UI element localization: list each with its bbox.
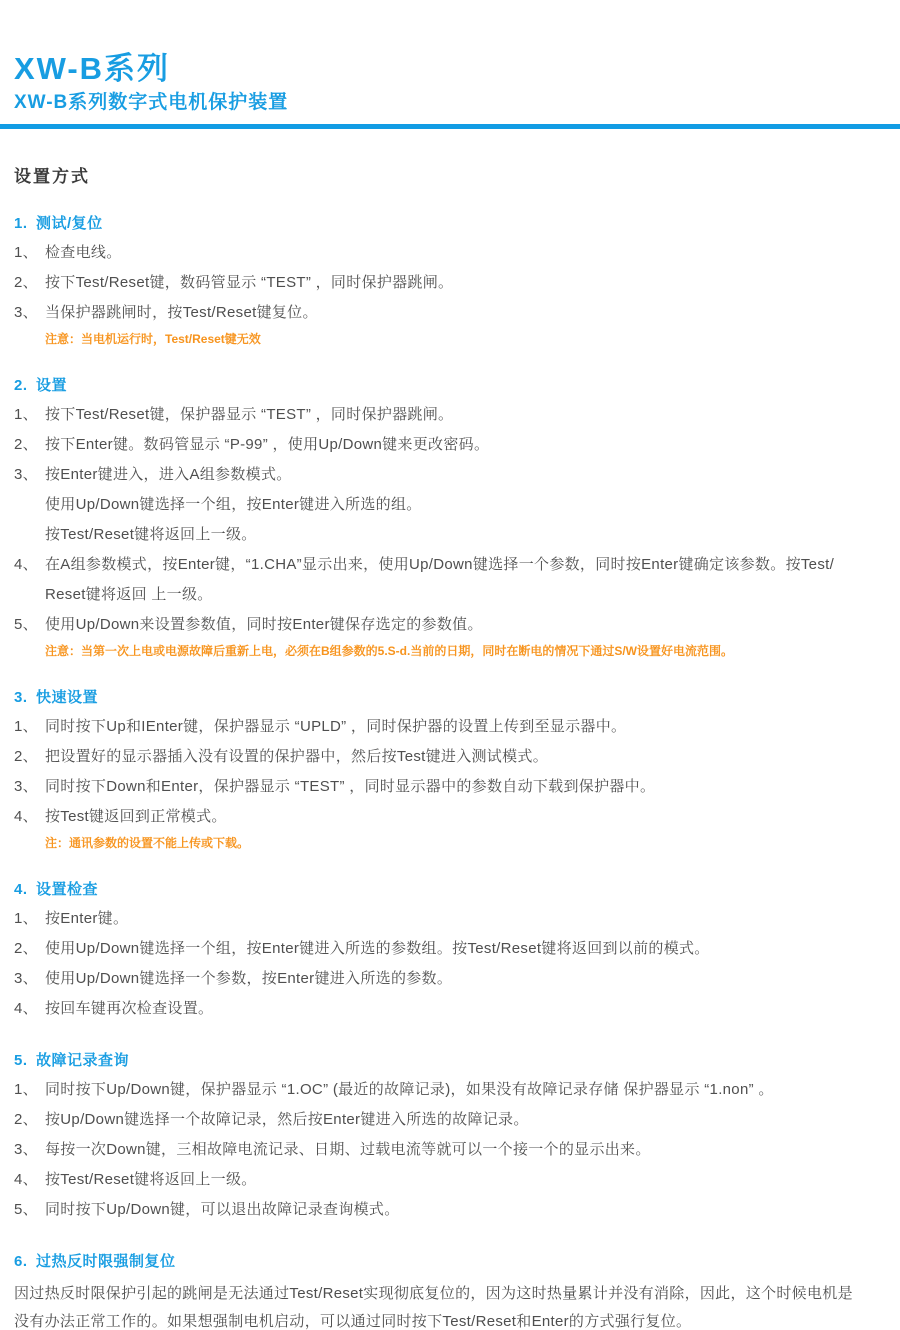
item-line: 使用Up/Down键选择一个组，按Enter键进入所选的组。 (45, 490, 884, 520)
list-item: 1、按Enter键。 (14, 904, 884, 934)
item-number: 1、 (14, 904, 38, 934)
list-item: 2、按下Enter键。数码管显示 “P-99” ，使用Up/Down键来更改密码… (14, 430, 884, 460)
section-number: 1. (14, 214, 36, 234)
list-item: 4、按Test键返回到正常模式。 (14, 802, 884, 832)
item-line: 按Up/Down键选择一个故障记录，然后按Enter键进入所选的故障记录。 (45, 1105, 884, 1135)
item-number: 3、 (14, 772, 38, 802)
item-number: 4、 (14, 550, 38, 580)
item-number: 2、 (14, 1105, 38, 1135)
item-number: 4、 (14, 1165, 38, 1195)
item-number: 1、 (14, 238, 38, 268)
list-item: 1、按下Test/Reset键，保护器显示 “TEST” ，同时保护器跳闸。 (14, 400, 884, 430)
paragraph-line: 因过热反时限保护引起的跳闸是无法通过Test/Reset实现彻底复位的，因为这时… (14, 1280, 884, 1308)
list-item: 3、每按一次Down键，三相故障电流记录、日期、过载电流等就可以一个接一个的显示… (14, 1135, 884, 1165)
section-paragraph: 因过热反时限保护引起的跳闸是无法通过Test/Reset实现彻底复位的，因为这时… (14, 1280, 884, 1330)
item-line: 按Enter键。 (45, 904, 884, 934)
section-items: 1、检查电线。2、按下Test/Reset键，数码管显示 “TEST” ，同时保… (14, 238, 884, 328)
section-number: 2. (14, 376, 36, 396)
item-number: 4、 (14, 802, 38, 832)
list-item: 4、在A组参数模式，按Enter键，“1.CHA”显示出来，使用Up/Down键… (14, 550, 884, 610)
item-line: 按下Enter键。数码管显示 “P-99” ，使用Up/Down键来更改密码。 (45, 430, 884, 460)
list-item: 3、使用Up/Down键选择一个参数，按Enter键进入所选的参数。 (14, 964, 884, 994)
section-title: 快速设置 (36, 689, 98, 706)
item-line: 使用Up/Down键选择一个组，按Enter键进入所选的参数组。按Test/Re… (45, 934, 884, 964)
list-item: 2、使用Up/Down键选择一个组，按Enter键进入所选的参数组。按Test/… (14, 934, 884, 964)
header-divider-rule (0, 124, 900, 129)
section-heading: 3.快速设置 (14, 688, 884, 708)
section-heading: 4.设置检查 (14, 880, 884, 900)
section-title: 设置检查 (36, 881, 98, 898)
item-line: 按Enter键进入，进入A组参数模式。 (45, 460, 884, 490)
section-4: 4.设置检查1、按Enter键。2、使用Up/Down键选择一个组，按Enter… (14, 880, 884, 1024)
section-number: 3. (14, 688, 36, 708)
item-number: 5、 (14, 610, 38, 640)
section-1: 1.测试/复位1、检查电线。2、按下Test/Reset键，数码管显示 “TES… (14, 214, 884, 349)
section-title: 过热反时限强制复位 (36, 1253, 176, 1270)
list-item: 5、同时按下Up/Down键，可以退出故障记录查询模式。 (14, 1195, 884, 1225)
item-number: 2、 (14, 934, 38, 964)
item-line: 按回车键再次检查设置。 (45, 994, 884, 1024)
item-line: 按Test键返回到正常模式。 (45, 802, 884, 832)
note-text: 注意：当电机运行时，Test/Reset键无效 (45, 329, 884, 349)
item-line: 同时按下Up和IEnter键，保护器显示 “UPLD” ，同时保护器的设置上传到… (45, 712, 884, 742)
list-item: 1、检查电线。 (14, 238, 884, 268)
item-number: 3、 (14, 1135, 38, 1165)
item-number: 1、 (14, 400, 38, 430)
list-item: 2、把设置好的显示器插入没有设置的保护器中，然后按Test键进入测试模式。 (14, 742, 884, 772)
list-item: 3、当保护器跳闸时，按Test/Reset键复位。 (14, 298, 884, 328)
section-heading: 2.设置 (14, 376, 884, 396)
list-item: 5、使用Up/Down来设置参数值，同时按Enter键保存选定的参数值。 (14, 610, 884, 640)
list-item: 3、同时按下Down和Enter，保护器显示 “TEST” ，同时显示器中的参数… (14, 772, 884, 802)
list-item: 4、按回车键再次检查设置。 (14, 994, 884, 1024)
item-number: 1、 (14, 712, 38, 742)
document-page: XW-B系列 XW-B系列数字式电机保护装置 设置方式 1.测试/复位1、检查电… (0, 52, 900, 1330)
item-number: 4、 (14, 994, 38, 1024)
section-items: 1、按Enter键。2、使用Up/Down键选择一个组，按Enter键进入所选的… (14, 904, 884, 1024)
section-3: 3.快速设置1、同时按下Up和IEnter键，保护器显示 “UPLD” ，同时保… (14, 688, 884, 853)
item-line: 按下Test/Reset键，保护器显示 “TEST” ，同时保护器跳闸。 (45, 400, 884, 430)
section-heading: 5.故障记录查询 (14, 1051, 884, 1071)
item-line: 按Test/Reset键将返回上一级。 (45, 520, 884, 550)
document-subtitle: XW-B系列数字式电机保护装置 (14, 91, 884, 115)
item-line: Reset键将返回 上一级。 (45, 580, 884, 610)
section-number: 6. (14, 1252, 36, 1272)
section-title: 故障记录查询 (36, 1052, 129, 1069)
item-number: 2、 (14, 742, 38, 772)
section-items: 1、按下Test/Reset键，保护器显示 “TEST” ，同时保护器跳闸。2、… (14, 400, 884, 640)
list-item: 1、同时按下Up和IEnter键，保护器显示 “UPLD” ，同时保护器的设置上… (14, 712, 884, 742)
section-heading: 6.过热反时限强制复位 (14, 1252, 884, 1272)
item-line: 每按一次Down键，三相故障电流记录、日期、过载电流等就可以一个接一个的显示出来… (45, 1135, 884, 1165)
note-text: 注意：当第一次上电或电源故障后重新上电，必须在B组参数的5.S-d.当前的日期，… (45, 641, 884, 661)
item-line: 把设置好的显示器插入没有设置的保护器中，然后按Test键进入测试模式。 (45, 742, 884, 772)
item-number: 3、 (14, 964, 38, 994)
item-number: 5、 (14, 1195, 38, 1225)
document-title: XW-B系列 (14, 52, 884, 86)
list-item: 2、按Up/Down键选择一个故障记录，然后按Enter键进入所选的故障记录。 (14, 1105, 884, 1135)
item-line: 同时按下Up/Down键，保护器显示 “1.OC” (最近的故障记录)，如果没有… (45, 1075, 884, 1105)
item-number: 2、 (14, 430, 38, 460)
item-number: 3、 (14, 460, 38, 490)
sections-container: 1.测试/复位1、检查电线。2、按下Test/Reset键，数码管显示 “TES… (14, 214, 884, 1330)
item-number: 2、 (14, 268, 38, 298)
item-number: 3、 (14, 298, 38, 328)
list-item: 3、按Enter键进入，进入A组参数模式。使用Up/Down键选择一个组，按En… (14, 460, 884, 550)
note-text: 注：通讯参数的设置不能上传或下载。 (45, 833, 884, 853)
section-title: 测试/复位 (36, 215, 103, 232)
item-line: 按下Test/Reset键，数码管显示 “TEST” ，同时保护器跳闸。 (45, 268, 884, 298)
section-heading: 1.测试/复位 (14, 214, 884, 234)
list-item: 2、按下Test/Reset键，数码管显示 “TEST” ，同时保护器跳闸。 (14, 268, 884, 298)
list-item: 1、同时按下Up/Down键，保护器显示 “1.OC” (最近的故障记录)，如果… (14, 1075, 884, 1105)
section-number: 5. (14, 1051, 36, 1071)
item-line: 按Test/Reset键将返回上一级。 (45, 1165, 884, 1195)
page-title: 设置方式 (14, 162, 884, 187)
item-line: 使用Up/Down来设置参数值，同时按Enter键保存选定的参数值。 (45, 610, 884, 640)
item-line: 在A组参数模式，按Enter键，“1.CHA”显示出来，使用Up/Down键选择… (45, 550, 884, 580)
section-items: 1、同时按下Up和IEnter键，保护器显示 “UPLD” ，同时保护器的设置上… (14, 712, 884, 832)
section-items: 1、同时按下Up/Down键，保护器显示 “1.OC” (最近的故障记录)，如果… (14, 1075, 884, 1225)
item-line: 同时按下Down和Enter，保护器显示 “TEST” ，同时显示器中的参数自动… (45, 772, 884, 802)
item-line: 当保护器跳闸时，按Test/Reset键复位。 (45, 298, 884, 328)
section-title: 设置 (36, 377, 67, 394)
section-6: 6.过热反时限强制复位因过热反时限保护引起的跳闸是无法通过Test/Reset实… (14, 1252, 884, 1330)
item-line: 使用Up/Down键选择一个参数，按Enter键进入所选的参数。 (45, 964, 884, 994)
item-line: 检查电线。 (45, 238, 884, 268)
section-number: 4. (14, 880, 36, 900)
list-item: 4、按Test/Reset键将返回上一级。 (14, 1165, 884, 1195)
section-5: 5.故障记录查询1、同时按下Up/Down键，保护器显示 “1.OC” (最近的… (14, 1051, 884, 1225)
section-2: 2.设置1、按下Test/Reset键，保护器显示 “TEST” ，同时保护器跳… (14, 376, 884, 661)
paragraph-line: 没有办法正常工作的。如果想强制电机启动，可以通过同时按下Test/Reset和E… (14, 1308, 884, 1330)
item-number: 1、 (14, 1075, 38, 1105)
item-line: 同时按下Up/Down键，可以退出故障记录查询模式。 (45, 1195, 884, 1225)
